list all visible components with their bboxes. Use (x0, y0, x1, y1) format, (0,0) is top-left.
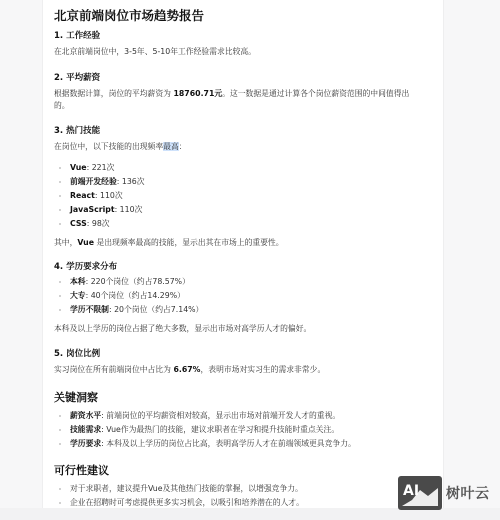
list-item: 学历要求: 本科及以上学历的岗位占比高，表明高学历人才在前端领域更具竞争力。 (54, 437, 443, 451)
list-item: 对于求职者，建议提升Vue及其他热门技能的掌握，以增强竞争力。 (54, 482, 443, 496)
insight-text: : 本科及以上学历的岗位占比高，表明高学历人才在前端领域更具竞争力。 (101, 439, 356, 448)
section-heading-experience: 1. 工作经验 (54, 30, 443, 42)
section-text-experience: 在北京前端岗位中，3-5年、5-10年工作经验需求比较高。 (54, 46, 443, 58)
insights-heading: 关键洞察 (54, 390, 443, 406)
education-label: 大专 (70, 291, 86, 300)
insight-label: 学历要求 (70, 439, 101, 448)
list-item: 前端开发经验: 136次 (54, 175, 443, 189)
skill-count: : 110次 (115, 205, 143, 214)
education-value: : 220个岗位（约占78.57%） (86, 277, 190, 286)
insight-label: 技能需求 (70, 425, 101, 434)
insight-text: : 前端岗位的平均薪资相对较高，显示出市场对前端开发人才的重视。 (101, 411, 340, 420)
watermark: AI 树叶云 (398, 473, 500, 513)
skill-label: CSS (70, 219, 87, 228)
education-value: : 20个岗位（约占7.14%） (109, 305, 203, 314)
list-item: 大专: 40个岗位（约占14.29%） (54, 289, 443, 303)
insights-list: 薪资水平: 前端岗位的平均薪资相对较高，显示出市场对前端开发人才的重视。 技能需… (54, 409, 443, 451)
list-item: 本科: 220个岗位（约占78.57%） (54, 275, 443, 289)
skill-label: JavaScript (70, 205, 115, 214)
insight-text: : Vue作为最热门的技能，建议求职者在学习和提升技能时重点关注。 (101, 425, 339, 434)
suggestions-list: 对于求职者，建议提升Vue及其他热门技能的掌握，以增强竞争力。 企业在招聘时可考… (54, 482, 443, 508)
list-item: React: 110次 (54, 189, 443, 203)
skills-summary: 其中，Vue 是出现频率最高的技能，显示出其在市场上的重要性。 (54, 237, 443, 249)
section-heading-skills: 3. 热门技能 (54, 125, 443, 137)
section-text-ratio: 实习岗位在所有前端岗位中占比为 6.67%，表明市场对实习生的需求非常少。 (54, 364, 443, 376)
list-item: 技能需求: Vue作为最热门的技能，建议求职者在学习和提升技能时重点关注。 (54, 423, 443, 437)
salary-text-before: 根据数据计算，岗位的平均薪资为 (54, 89, 173, 98)
skills-intro-before: 在岗位中，以下技能的出现频率 (54, 142, 163, 151)
education-value: : 40个岗位（约占14.29%） (86, 291, 185, 300)
education-label: 学历不限制 (70, 305, 109, 314)
ai-logo-icon: AI (398, 476, 442, 510)
ratio-text-before: 实习岗位在所有前端岗位中占比为 (54, 365, 173, 374)
skill-label: React (70, 191, 95, 200)
selected-text-highlight[interactable]: 最高 (163, 142, 179, 151)
section-intro-skills: 在岗位中，以下技能的出现频率最高： (54, 141, 443, 153)
list-item: 企业在招聘时可考虑提供更多实习机会，以吸引和培养潜在的人才。 (54, 496, 443, 508)
skill-count: : 98次 (87, 219, 110, 228)
skill-label: 前端开发经验 (70, 177, 117, 186)
education-list: 本科: 220个岗位（约占78.57%） 大专: 40个岗位（约占14.29%）… (54, 275, 443, 317)
section-heading-ratio: 5. 岗位比例 (54, 348, 443, 360)
ratio-text-after: ，表明市场对实习生的需求非常少。 (201, 365, 326, 374)
watermark-brand: 树叶云 (446, 483, 490, 503)
insight-label: 薪资水平 (70, 411, 101, 420)
suggestions-heading: 可行性建议 (54, 463, 443, 479)
ratio-value: 6.67% (173, 365, 200, 374)
report-title: 北京前端岗位市场趋势报告 (54, 7, 443, 25)
skill-count: : 136次 (117, 177, 145, 186)
list-item: Vue: 221次 (54, 161, 443, 175)
list-item: 学历不限制: 20个岗位（约占7.14%） (54, 303, 443, 317)
education-label: 本科 (70, 277, 86, 286)
section-heading-salary: 2. 平均薪资 (54, 72, 443, 84)
skill-count: : 110次 (95, 191, 123, 200)
skill-count: : 221次 (87, 163, 115, 172)
list-item: 薪资水平: 前端岗位的平均薪资相对较高，显示出市场对前端开发人才的重视。 (54, 409, 443, 423)
list-item: CSS: 98次 (54, 217, 443, 231)
skills-summary-bold: Vue (77, 238, 94, 247)
skills-summary-after: 是出现频率最高的技能，显示出其在市场上的重要性。 (94, 238, 284, 247)
salary-value: 18760.71元 (173, 89, 222, 98)
section-heading-education: 4. 学历要求分布 (54, 261, 443, 273)
skills-intro-after: ： (179, 142, 187, 151)
report-card: 北京前端岗位市场趋势报告 1. 工作经验 在北京前端岗位中，3-5年、5-10年… (42, 0, 444, 508)
section-text-salary: 根据数据计算，岗位的平均薪资为 18760.71元。这一数据是通过计算各个岗位薪… (54, 88, 424, 112)
skill-label: Vue (70, 163, 87, 172)
list-item: JavaScript: 110次 (54, 203, 443, 217)
education-summary: 本科及以上学历的岗位占据了绝大多数，显示出市场对高学历人才的偏好。 (54, 323, 443, 335)
skills-list: Vue: 221次 前端开发经验: 136次 React: 110次 JavaS… (54, 161, 443, 231)
skills-summary-before: 其中， (54, 238, 77, 247)
